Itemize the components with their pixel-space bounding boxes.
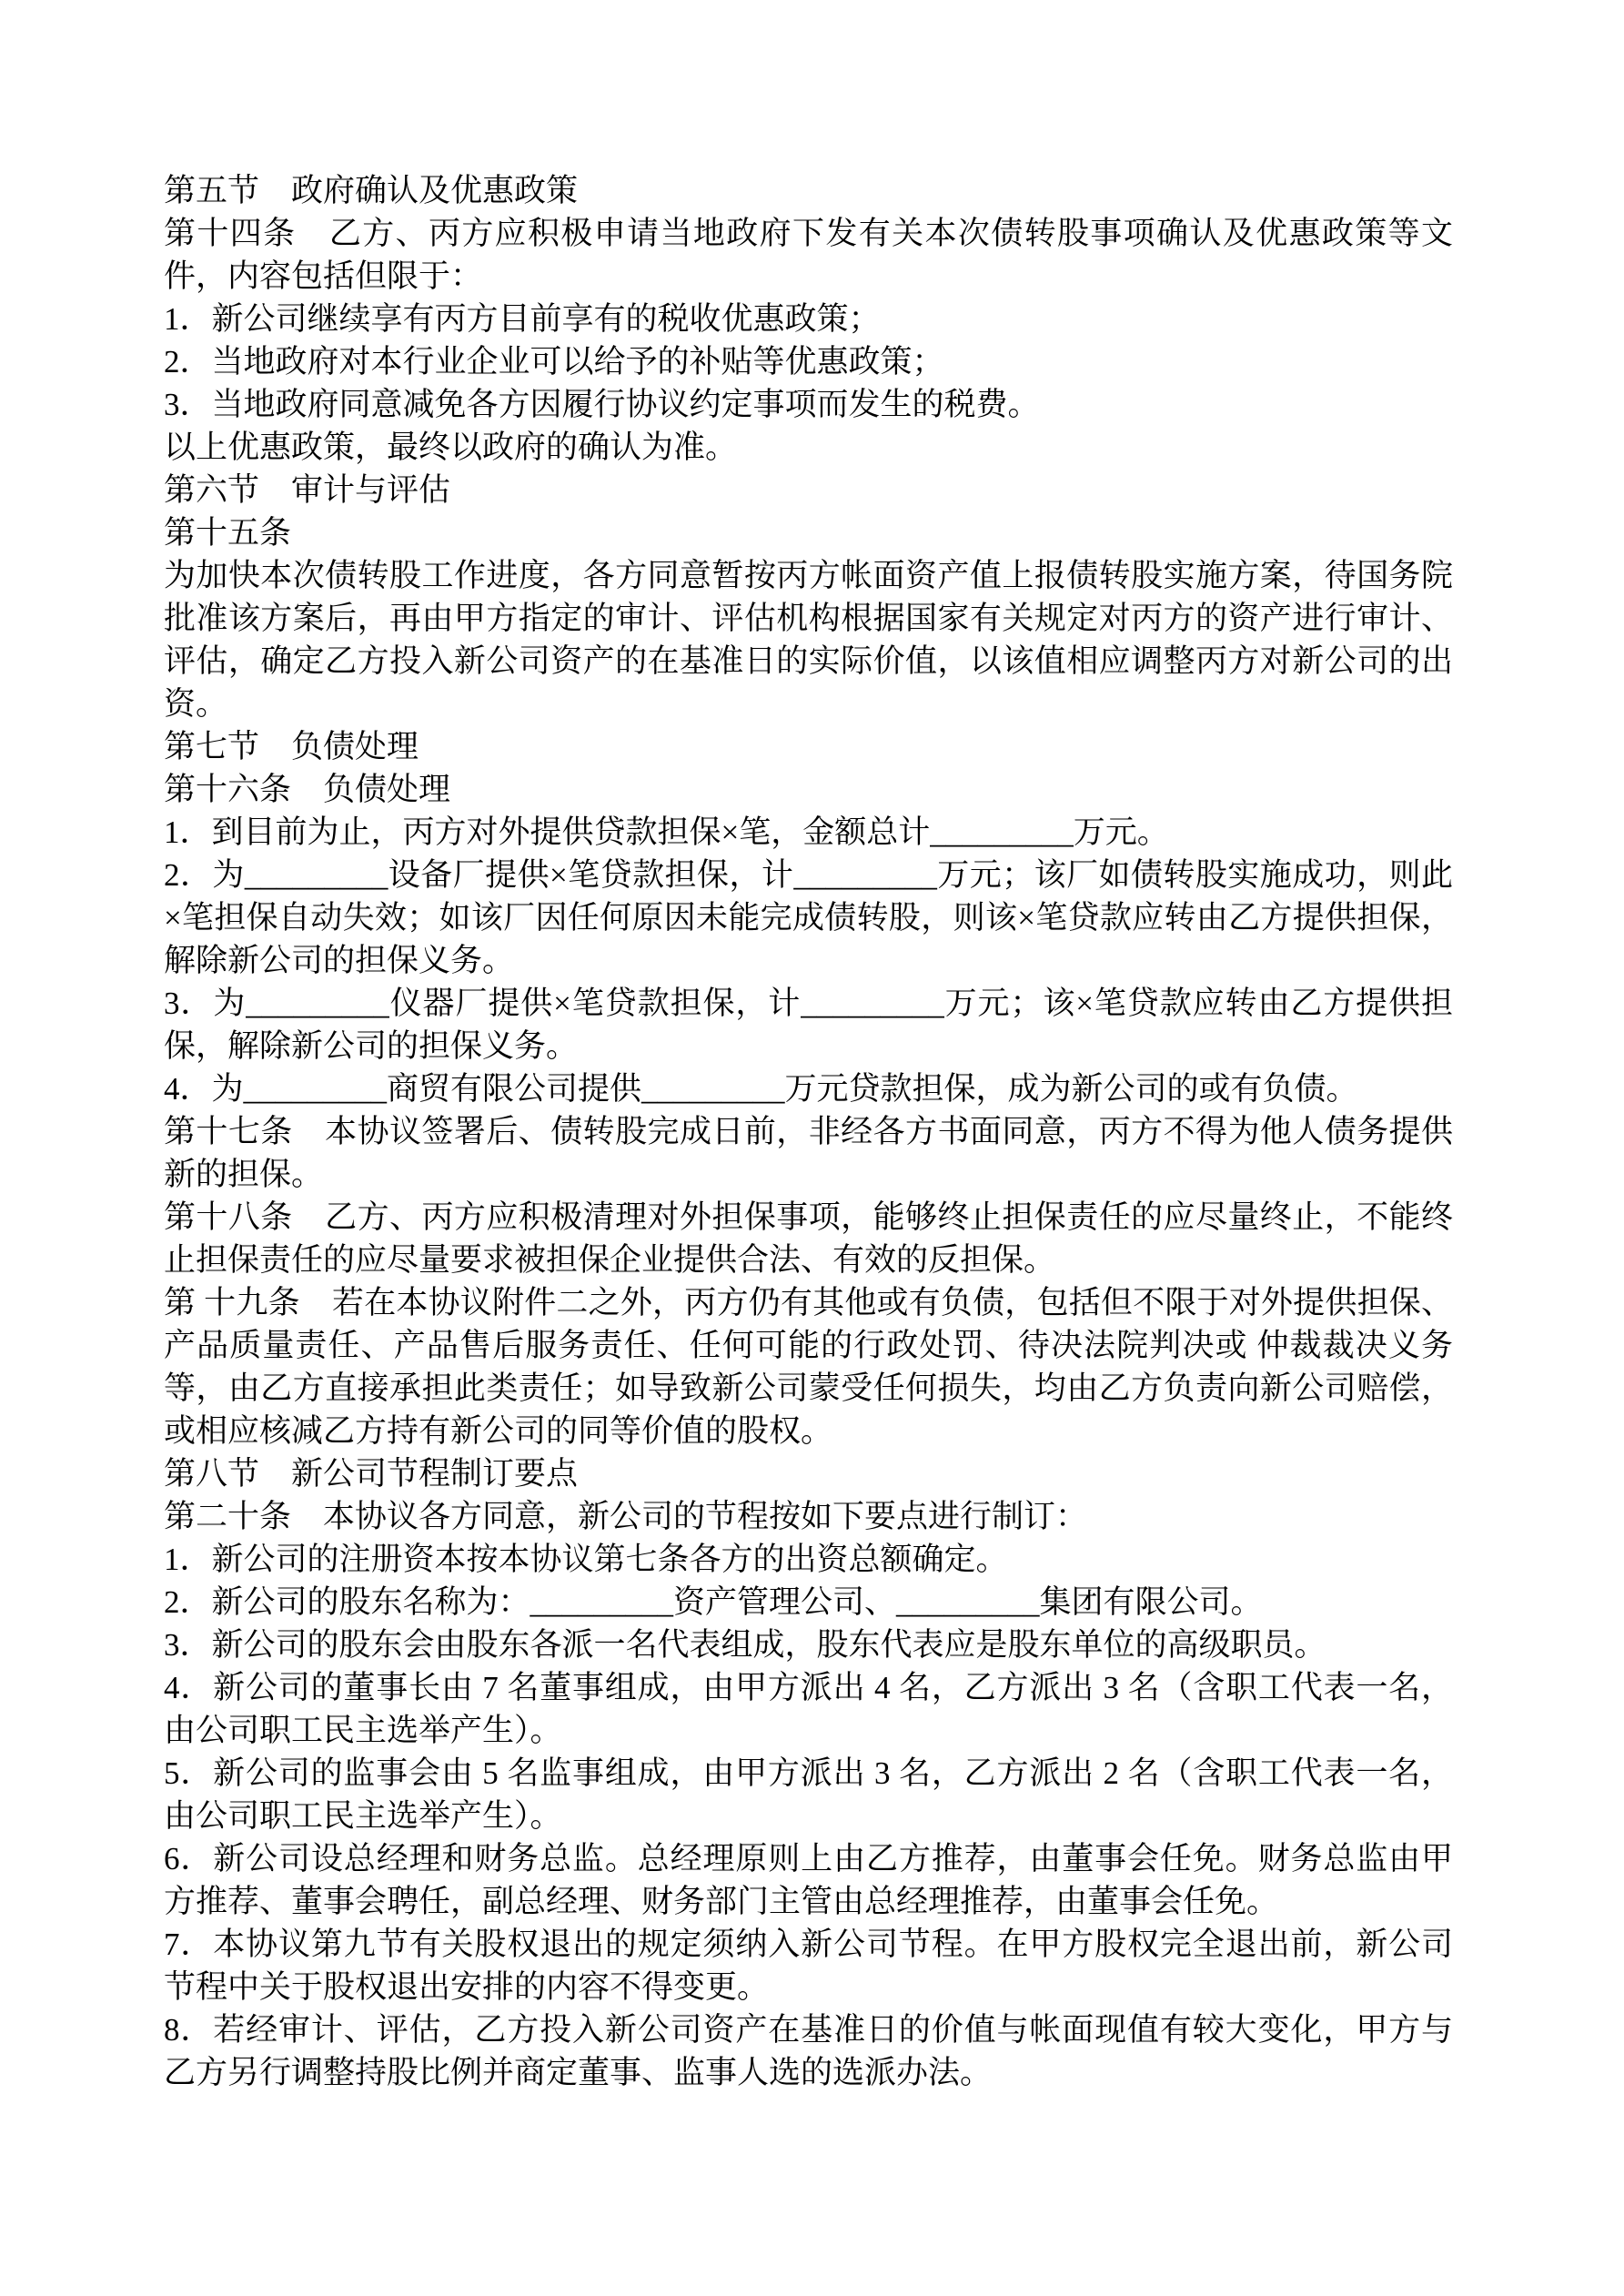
list-item: 2．新公司的股东名称为：_________资产管理公司、_________集团有…: [164, 1581, 1453, 1623]
list-item: 4．为_________商贸有限公司提供_________万元贷款担保，成为新公…: [164, 1067, 1453, 1110]
list-item: 8．若经审计、评估，乙方投入新公司资产在基准日的价值与帐面现值有较大变化，甲方与…: [164, 2008, 1453, 2094]
list-item: 1．新公司继续享有丙方目前享有的税收优惠政策；: [164, 298, 1453, 340]
paragraph: 为加快本次债转股工作进度，各方同意暂按丙方帐面资产值上报债转股实施方案，待国务院…: [164, 554, 1453, 725]
list-item: 3．为_________仪器厂提供×笔贷款担保，计_________万元；该×笔…: [164, 982, 1453, 1067]
list-item: 5．新公司的监事会由 5 名监事组成，由甲方派出 3 名，乙方派出 2 名（含职…: [164, 1752, 1453, 1837]
list-item: 2．为_________设备厂提供×笔贷款担保，计_________万元；该厂如…: [164, 854, 1453, 982]
article-16: 第十六条 负债处理: [164, 768, 1453, 811]
section-heading-5: 第五节 政府确认及优惠政策: [164, 169, 1453, 212]
list-item: 2．当地政府对本行业企业可以给予的补贴等优惠政策；: [164, 340, 1453, 383]
article-20: 第二十条 本协议各方同意，新公司的节程按如下要点进行制订：: [164, 1495, 1453, 1538]
section-heading-7: 第七节 负债处理: [164, 725, 1453, 768]
list-item: 6．新公司设总经理和财务总监。总经理原则上由乙方推荐，由董事会任免。财务总监由甲…: [164, 1837, 1453, 1923]
document-page: 第五节 政府确认及优惠政策 第十四条 乙方、丙方应积极申请当地政府下发有关本次债…: [0, 0, 1624, 2296]
list-item: 3．新公司的股东会由股东各派一名代表组成，股东代表应是股东单位的高级职员。: [164, 1623, 1453, 1666]
paragraph: 以上优惠政策，最终以政府的确认为准。: [164, 426, 1453, 469]
section-heading-8: 第八节 新公司节程制订要点: [164, 1452, 1453, 1495]
list-item: 7．本协议第九节有关股权退出的规定须纳入新公司节程。在甲方股权完全退出前，新公司…: [164, 1923, 1453, 2008]
list-item: 3．当地政府同意减免各方因履行协议约定事项而发生的税费。: [164, 383, 1453, 426]
section-heading-6: 第六节 审计与评估: [164, 469, 1453, 511]
article-15: 第十五条: [164, 511, 1453, 554]
list-item: 4．新公司的董事长由 7 名董事组成，由甲方派出 4 名，乙方派出 3 名（含职…: [164, 1666, 1453, 1752]
list-item: 1．新公司的注册资本按本协议第七条各方的出资总额确定。: [164, 1538, 1453, 1581]
article-18: 第十八条 乙方、丙方应积极清理对外担保事项，能够终止担保责任的应尽量终止，不能终…: [164, 1196, 1453, 1281]
list-item: 1．到目前为止，丙方对外提供贷款担保×笔，金额总计_________万元。: [164, 811, 1453, 854]
article-19: 第 十九条 若在本协议附件二之外，丙方仍有其他或有负债，包括但不限于对外提供担保…: [164, 1281, 1453, 1452]
article-14: 第十四条 乙方、丙方应积极申请当地政府下发有关本次债转股事项确认及优惠政策等文件…: [164, 212, 1453, 298]
article-17: 第十七条 本协议签署后、债转股完成日前，非经各方书面同意，丙方不得为他人债务提供…: [164, 1110, 1453, 1196]
